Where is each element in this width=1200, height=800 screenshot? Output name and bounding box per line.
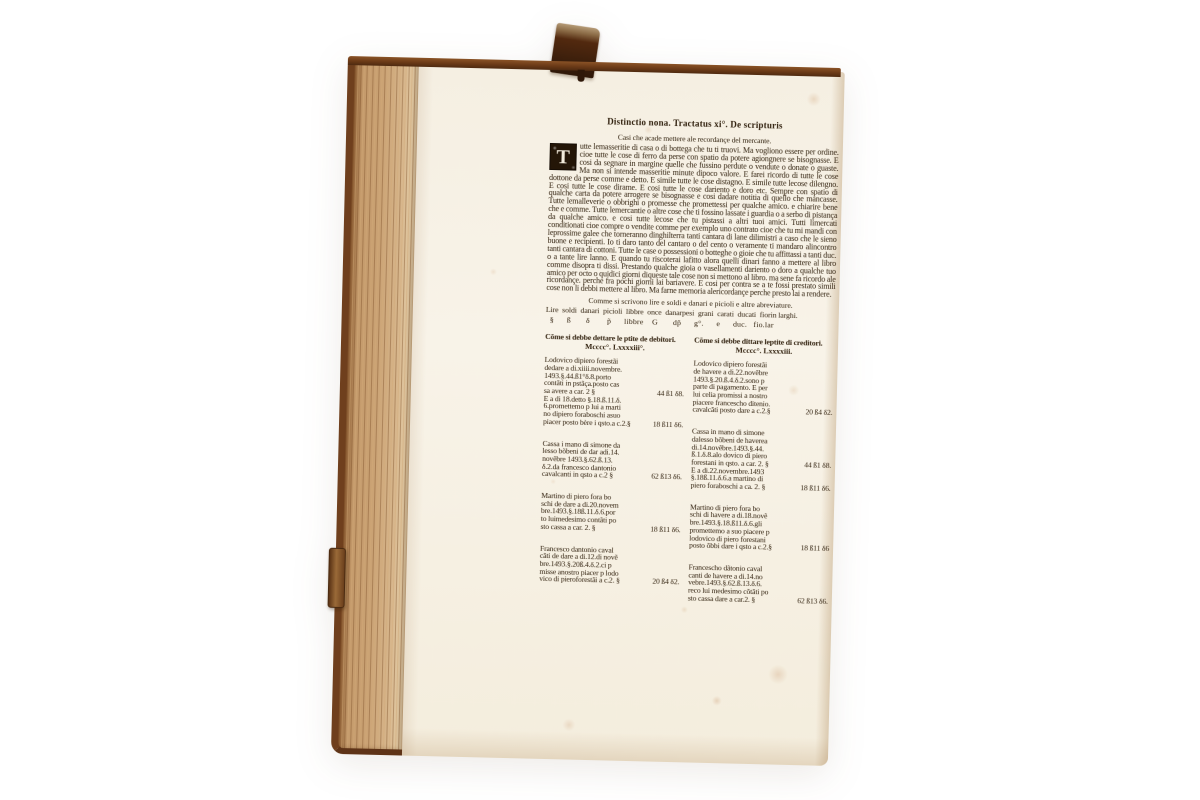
entry-amount: 20 ß4 δ2. bbox=[649, 578, 679, 586]
entry-line: cavalcãti posto dare a c.2.§20 ß4 δ2. bbox=[692, 406, 832, 417]
entry-amount: 44 ß1 δ8. bbox=[801, 461, 831, 469]
entry-line: piacer posto bère i qsto.a c.2.§18 ß11 δ… bbox=[543, 418, 683, 429]
ledger-entry: Cassa in mano di simonedalesso bõbeni de… bbox=[691, 428, 832, 493]
entry-text: cavalcanti in qsto a c.2 § bbox=[542, 470, 613, 479]
clasp bbox=[328, 548, 346, 608]
main-paragraph: utte lemasseritie di casa o di bottega c… bbox=[546, 142, 839, 299]
entry-line: cavalcanti in qsto a c.2 §62 ß13 δ6. bbox=[542, 470, 682, 481]
text-block: Distinctio nona. Tractatus xi°. De scrip… bbox=[538, 115, 839, 619]
entry-amount: 44 ß1 δ8. bbox=[654, 390, 684, 398]
creditors-column: Cõme si debbe dittare leptite di credito… bbox=[687, 336, 834, 620]
entry-line: posto õbbi dare i qsto a c.2.§18 ß11 δ6 bbox=[689, 542, 829, 553]
main-paragraph-wrap: T utte lemasseritie di casa o di bottega… bbox=[546, 142, 839, 299]
ledger-entry: Francesco dantonio cavalcãti de dare a d… bbox=[539, 544, 680, 586]
entry-text: sto cassa a car. 2. § bbox=[540, 523, 595, 532]
debtors-column: Cõme si debbe dettare le ptite de debito… bbox=[538, 332, 685, 616]
photo-background: Distinctio nona. Tractatus xi°. De scrip… bbox=[0, 0, 1200, 800]
entry-line: piero foraboschi a ca. 2. §18 ß11 δ6. bbox=[691, 482, 831, 493]
entry-line: vico di pieroforestãi a c.2. §20 ß4 δ2. bbox=[539, 575, 679, 586]
ledger-entry: Lodovico dipiero forestãide havere a di.… bbox=[692, 360, 833, 417]
entry-text: sto cassa dare a car.2. § bbox=[688, 594, 755, 603]
entry-amount: 18 ß11 δ6. bbox=[650, 420, 683, 429]
entry-amount: 18 ß11 δ6 bbox=[797, 544, 829, 552]
debtors-entries: Lodovico dipiero forestãidedare a di.xii… bbox=[539, 356, 685, 586]
entry-amount: 18 ß11 δ6. bbox=[647, 525, 680, 534]
ledger-entry: Francescho dãtonio cavalcanti de havere … bbox=[688, 563, 829, 605]
ledger-entry: Martino di piero fora boschi de dare a d… bbox=[540, 492, 681, 534]
book-body: Distinctio nona. Tractatus xi°. De scrip… bbox=[331, 56, 845, 766]
bookmark-tail bbox=[577, 70, 584, 82]
antique-book: Distinctio nona. Tractatus xi°. De scrip… bbox=[331, 56, 845, 766]
entry-text: piacer posto bère i qsto.a c.2.§ bbox=[543, 418, 631, 428]
printed-page: Distinctio nona. Tractatus xi°. De scrip… bbox=[395, 62, 845, 766]
entry-text: cavalcãti posto dare a c.2.§ bbox=[692, 406, 770, 416]
woodcut-initial: T bbox=[549, 143, 577, 171]
ledger-entry: Martino di piero fora boschi di havere a… bbox=[689, 503, 830, 553]
entry-amount: 18 ß11 δ6. bbox=[797, 484, 830, 493]
entry-amount: 20 ß4 δ2. bbox=[802, 409, 832, 417]
ledger-columns: Cõme si debbe dettare le ptite de debito… bbox=[538, 332, 834, 619]
ledger-entry: Cassa i mano di simone dalesso bõbeni de… bbox=[542, 439, 683, 481]
running-header: Distinctio nona. Tractatus xi°. De scrip… bbox=[550, 115, 839, 132]
entry-text: posto õbbi dare i qsto a c.2.§ bbox=[689, 542, 772, 552]
entry-amount: 62 ß13 δ6. bbox=[794, 597, 828, 606]
entry-text: piero foraboschi a ca. 2. § bbox=[691, 482, 766, 492]
entry-amount: 62 ß13 δ6. bbox=[648, 473, 682, 482]
creditors-entries: Lodovico dipiero forestãide havere a di.… bbox=[688, 360, 834, 606]
entry-text: vico di pieroforestãi a c.2. § bbox=[539, 575, 620, 585]
ledger-entry: Lodovico dipiero forestãidedare a di.xii… bbox=[543, 356, 685, 429]
